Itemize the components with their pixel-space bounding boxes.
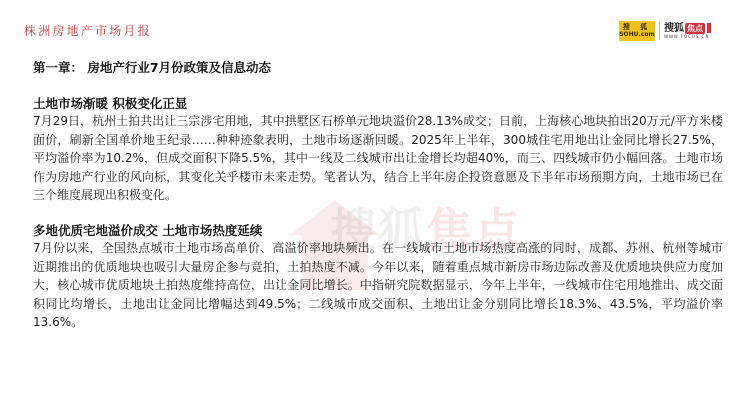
- focus-logo-name: 搜狐: [664, 23, 684, 34]
- focus-logo-highlight: 焦点: [685, 23, 705, 34]
- sohu-logo: 搜 狐 SOHU.com: [619, 21, 655, 41]
- sohu-logo-url: SOHU.com: [619, 31, 655, 39]
- report-content: 第一章： 房地产行业7月份政策及信息动态 土地市场渐暖 积极变化正显 7月29日…: [33, 60, 723, 350]
- sohu-logo-name: 搜 狐: [623, 23, 651, 31]
- section-body: 7月29日，杭州土拍共出让三宗涉宅用地，其中拱墅区石桥单元地块溢价28.13%成…: [33, 112, 723, 205]
- section-heading: 土地市场渐暖 积极变化正显: [33, 96, 723, 112]
- section-heading: 多地优质宅地溢价成交 土地市场热度延续: [33, 223, 723, 239]
- focus-logo-tag-icon: [707, 23, 711, 33]
- brand-logos: 搜 狐 SOHU.com 搜狐 焦点 WWW.FOCUS.CN: [619, 20, 711, 42]
- logo-divider: [659, 22, 660, 40]
- report-title: 株洲房地产市场月报: [24, 22, 152, 39]
- chapter-title: 第一章： 房地产行业7月份政策及信息动态: [33, 60, 723, 76]
- focus-logo-url: WWW.FOCUS.CN: [664, 34, 709, 40]
- sohu-focus-logo: 搜狐 焦点 WWW.FOCUS.CN: [664, 23, 711, 40]
- section-body: 7月份以来，全国热点城市土地市场高单价、高溢价率地块频出。在一线城市土地市场热度…: [33, 239, 723, 332]
